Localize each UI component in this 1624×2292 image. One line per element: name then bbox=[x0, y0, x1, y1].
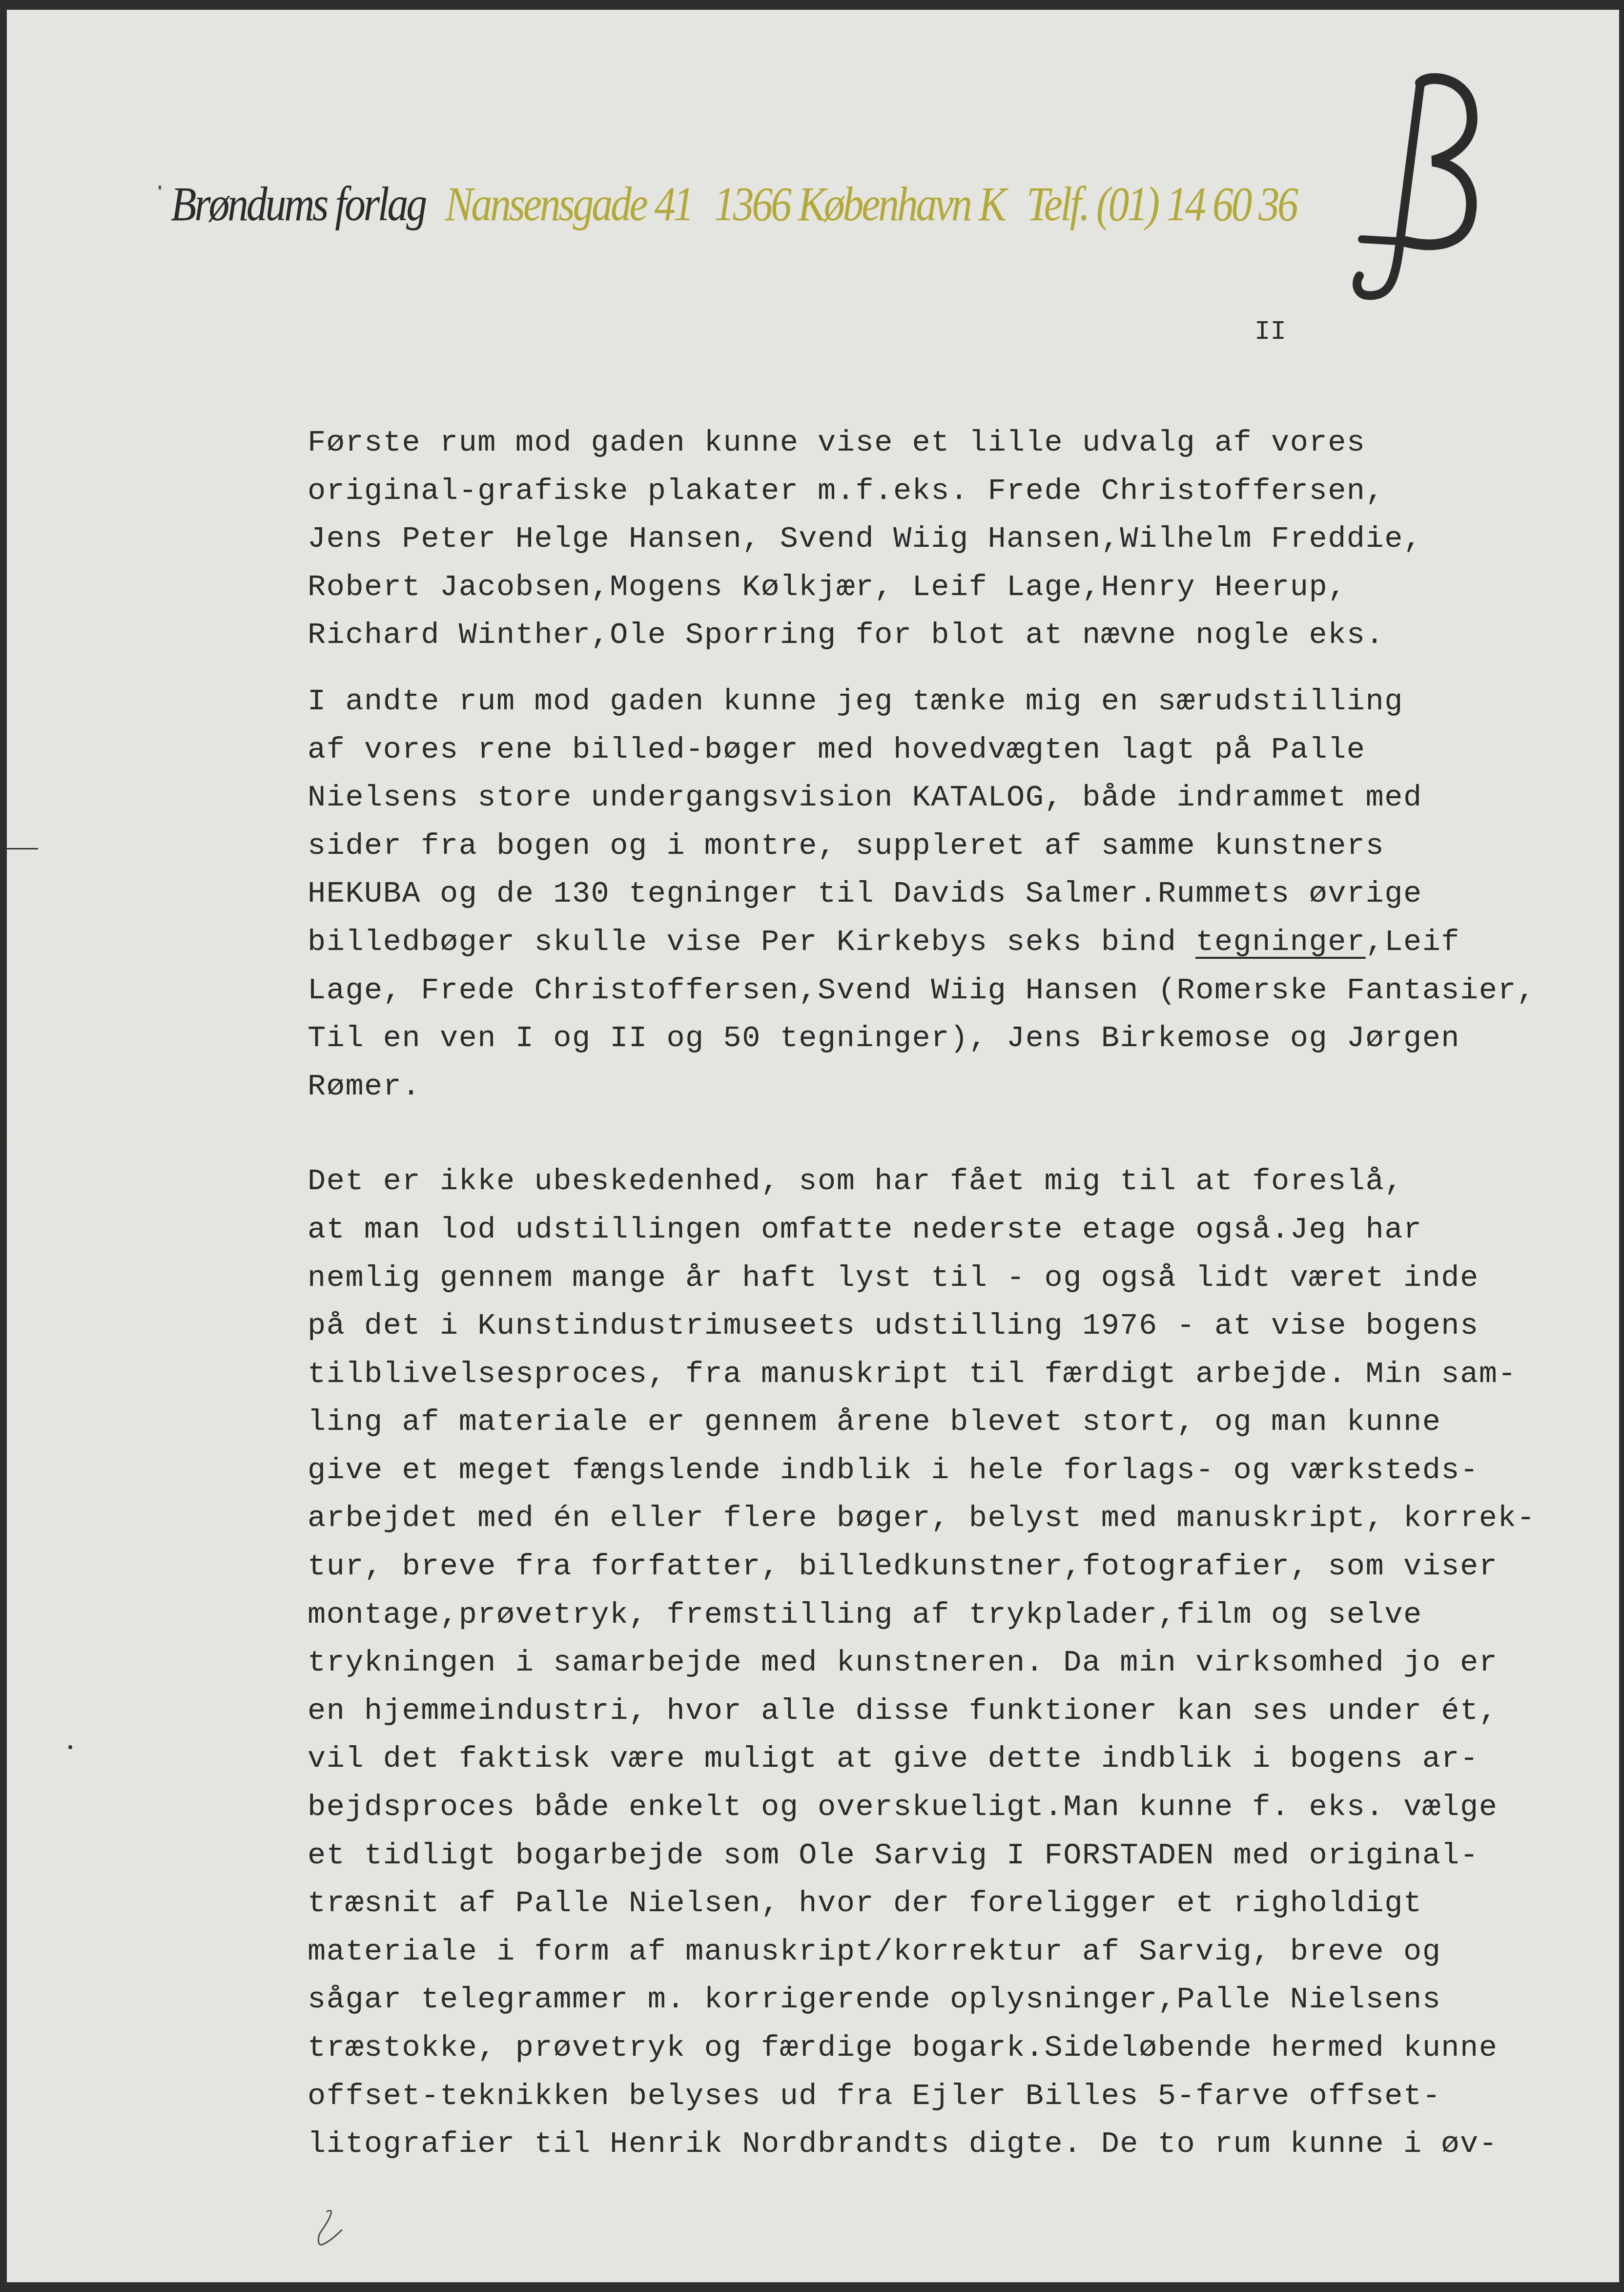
text-line: materiale i form af manuskript/korrektur… bbox=[308, 1928, 1601, 1976]
text-line: Rømer. bbox=[308, 1063, 1601, 1111]
text-line: træsnit af Palle Nielsen, hvor der forel… bbox=[308, 1879, 1601, 1928]
address-city: 1366 København K bbox=[714, 177, 1005, 231]
text-line: trykningen i samarbejde med kunstneren. … bbox=[308, 1639, 1601, 1687]
text-line: arbejdet med én eller flere bøger, belys… bbox=[308, 1494, 1601, 1543]
text-line: på det i Kunstindustrimuseets udstilling… bbox=[308, 1302, 1601, 1350]
text-line: ling af materiale er gennem årene blevet… bbox=[308, 1398, 1601, 1446]
text-line: bejdsproces både enkelt og overskueligt.… bbox=[308, 1783, 1601, 1832]
text-line: sider fra bogen og i montre, suppleret a… bbox=[308, 822, 1601, 870]
letter-body: Første rum mod gaden kunne vise et lille… bbox=[308, 419, 1601, 2168]
text-line: et tidligt bogarbejde som Ole Sarvig I F… bbox=[308, 1832, 1601, 1880]
text-line: litografier til Henrik Nordbrandts digte… bbox=[308, 2120, 1601, 2168]
text-line: I andte rum mod gaden kunne jeg tænke mi… bbox=[308, 678, 1601, 726]
text-line: Til en ven I og II og 50 tegninger), Jen… bbox=[308, 1014, 1601, 1063]
text-line: at man lod udstillingen omfatte nederste… bbox=[308, 1206, 1601, 1254]
text-line: Første rum mod gaden kunne vise et lille… bbox=[308, 419, 1601, 467]
text-line: sågar telegrammer m. korrigerende oplysn… bbox=[308, 1976, 1601, 2024]
text-line: Lage, Frede Christoffersen,Svend Wiig Ha… bbox=[308, 967, 1601, 1015]
page-marker: II bbox=[1254, 317, 1286, 347]
text-line: Robert Jacobsen,Mogens Kølkjær, Leif Lag… bbox=[308, 563, 1601, 612]
ink-dot bbox=[159, 186, 161, 189]
paragraph-2: I andte rum mod gaden kunne jeg tænke mi… bbox=[308, 678, 1601, 1111]
bj-monogram-logo-icon bbox=[1347, 73, 1484, 303]
address-street: Nansensgade 41 bbox=[445, 177, 692, 231]
paragraph-1: Første rum mod gaden kunne vise et lille… bbox=[308, 419, 1601, 660]
text-line: Jens Peter Helge Hansen, Svend Wiig Hans… bbox=[308, 515, 1601, 563]
text-line: Det er ikke ubeskedenhed, som har fået m… bbox=[308, 1157, 1601, 1206]
text-line: nemlig gennem mange år haft lyst til - o… bbox=[308, 1254, 1601, 1302]
text-line: offset-teknikken belyses ud fra Ejler Bi… bbox=[308, 2072, 1601, 2121]
ink-dot bbox=[68, 1745, 72, 1749]
text-line: af vores rene billed-bøger med hovedvægt… bbox=[308, 726, 1601, 774]
letterhead: Brøndums forlag Nansensgade 411366 Køben… bbox=[171, 176, 1318, 232]
text-line: montage,prøvetryk, fremstilling af trykp… bbox=[308, 1591, 1601, 1639]
publisher-address: Nansensgade 411366 København KTelf. (01)… bbox=[445, 177, 1318, 231]
text-line: original-grafiske plakater m.f.eks. Fred… bbox=[308, 467, 1601, 516]
margin-tick-mark bbox=[7, 848, 38, 849]
paragraph-3: Det er ikke ubeskedenhed, som har fået m… bbox=[308, 1157, 1601, 2168]
text-line: tur, breve fra forfatter, billedkunstner… bbox=[308, 1543, 1601, 1591]
text-line: tilblivelsesproces, fra manuskript til f… bbox=[308, 1350, 1601, 1399]
handwritten-page-number: 2 bbox=[312, 2207, 351, 2251]
text-line: vil det faktisk være muligt at give dett… bbox=[308, 1735, 1601, 1783]
text-line: HEKUBA og de 130 tegninger til Davids Sa… bbox=[308, 870, 1601, 918]
text-line: billedbøger skulle vise Per Kirkebys sek… bbox=[308, 918, 1601, 967]
publisher-name: Brøndums forlag bbox=[171, 177, 425, 231]
text-line: give et meget fængslende indblik i hele … bbox=[308, 1446, 1601, 1495]
text-line: en hjemmeindustri, hvor alle disse funkt… bbox=[308, 1687, 1601, 1735]
text-line: træstokke, prøvetryk og færdige bogark.S… bbox=[308, 2024, 1601, 2072]
text-line: Richard Winther,Ole Sporring for blot at… bbox=[308, 611, 1601, 660]
underlined-word: tegninger bbox=[1195, 925, 1365, 959]
phone-number: Telf. (01) 14 60 36 bbox=[1027, 177, 1296, 231]
text-line: Nielsens store undergangsvision KATALOG,… bbox=[308, 774, 1601, 822]
